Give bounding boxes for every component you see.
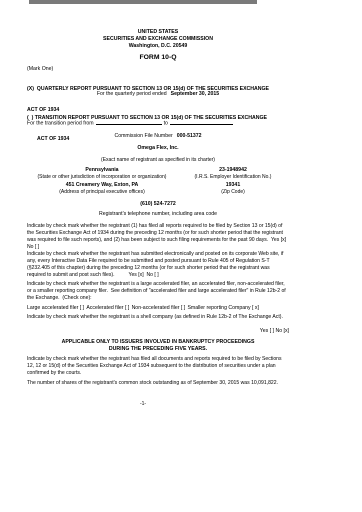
bankruptcy-heading: APPLICABLE ONLY TO ISSUERS INVOLVED IN B… (38, 339, 278, 353)
filer-option-smaller-reporting: Smaller reporting Company [ x] (187, 305, 259, 312)
shell-company-answer: Yes [ ] No [x] (27, 328, 317, 335)
quarterly-period-label: For the quarterly period ended (97, 91, 167, 97)
commission-file-label: Commission File Number (114, 133, 172, 139)
shares-outstanding-paragraph: The number of shares of the registrant's… (27, 380, 289, 387)
form-title: FORM 10-Q (38, 54, 278, 62)
sec-header-line-3: Washington, D.C. 20549 (38, 43, 278, 50)
commission-file-line: Commission File Number000-51372 (38, 133, 278, 140)
filer-status-paragraph: Indicate by check mark whether the regis… (27, 281, 289, 302)
commission-file-number: 000-51372 (177, 133, 202, 139)
irs-id-number: 23-1948942 (177, 167, 289, 174)
filed-reports-paragraph: Indicate by check mark whether the regis… (27, 223, 289, 251)
mark-one-label: (Mark One) (27, 66, 289, 73)
interactive-data-paragraph: Indicate by check mark whether the regis… (27, 251, 289, 279)
filer-option-large-accelerated: Large accelerated filer [ ] (27, 305, 84, 312)
phone-number: (610) 524-7272 (38, 201, 278, 208)
filer-option-accelerated: Accelerated filer [ ] (86, 305, 129, 312)
phone-caption: Registrant's telephone number, including… (38, 211, 278, 218)
sec-header: UNITED STATES SECURITIES AND EXCHANGE CO… (38, 29, 278, 50)
form-10q-cover-page: UNITED STATES SECURITIES AND EXCHANGE CO… (0, 0, 362, 512)
transition-period-prefix: For the transition period from (27, 121, 94, 127)
transition-from-blank (96, 119, 162, 125)
incorporation-grid: Pennsylvania 23-1948942 (State or other … (27, 167, 289, 197)
bankruptcy-heading-line-1: APPLICABLE ONLY TO ISSUERS INVOLVED IN B… (38, 339, 278, 346)
quarterly-period-date: September 30, 2015 (171, 91, 219, 97)
registrant-name: Omega Flex, Inc. (38, 145, 278, 152)
bankruptcy-heading-line-2: DURING THE PRECEDING FIVE YEARS. (38, 346, 278, 353)
filer-options-row: Large accelerated filer [ ] Accelerated … (27, 305, 259, 312)
bottom-divider (29, 0, 257, 4)
irs-caption: (I.R.S. Employer Identification No.) (177, 174, 289, 181)
transition-period-line: For the transition period fromto (27, 119, 289, 127)
zip-caption: (Zip Code) (177, 189, 289, 196)
quarterly-period-line: For the quarterly period endedSeptember … (38, 91, 278, 98)
registrant-name-caption: (Exact name of registrant as specified i… (38, 157, 278, 164)
state-caption: (State or other jurisdiction of incorpor… (27, 174, 177, 181)
page-number: -1- (27, 401, 259, 408)
page-content: UNITED STATES SECURITIES AND EXCHANGE CO… (27, 0, 289, 512)
registrant-address: 451 Creamery Way, Exton, PA (27, 182, 177, 189)
sec-header-line-1: UNITED STATES (38, 29, 278, 36)
bankruptcy-paragraph: Indicate by check mark whether the regis… (27, 356, 289, 377)
shell-company-paragraph: Indicate by check mark whether the regis… (27, 314, 289, 321)
address-caption: (Address of principal executive offices) (27, 189, 177, 196)
filer-option-non-accelerated: Non-accelerated filer [ ] (132, 305, 186, 312)
sec-header-line-2: SECURITIES AND EXCHANGE COMMISSION (38, 36, 278, 43)
transition-to-blank (170, 119, 233, 125)
state-of-incorporation: Pennsylvania (27, 167, 177, 174)
zip-code: 19341 (177, 182, 289, 189)
transition-period-connector: to (164, 121, 168, 127)
